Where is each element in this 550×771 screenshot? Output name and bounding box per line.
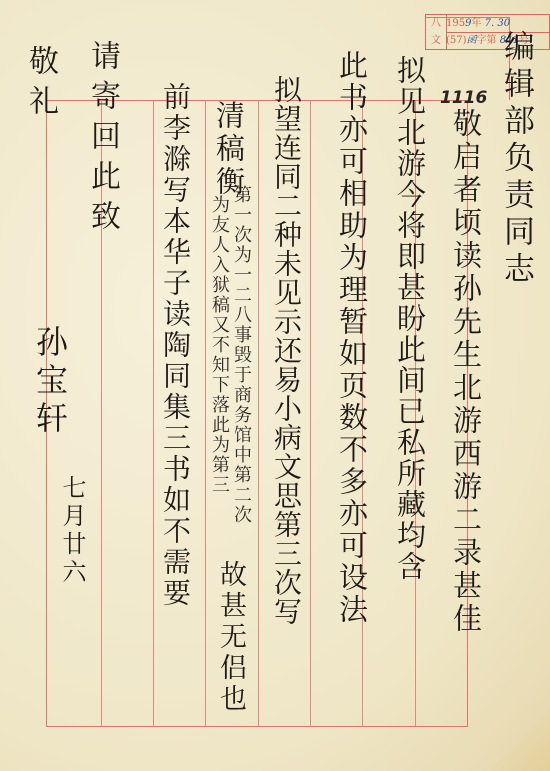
column-line bbox=[258, 100, 259, 727]
text-column: 敬启者顷读孙先生北游西游二录甚佳 bbox=[444, 108, 488, 636]
stamp-year-prefix: 195 bbox=[446, 18, 465, 29]
closing-column: 请寄回此致 bbox=[80, 40, 124, 240]
annotation-column: 为友人入狱稿又不知下落此为第三 bbox=[206, 195, 230, 495]
stamp-date: 7. 30 bbox=[485, 18, 510, 29]
letter-page: 八 文 1959年 7. 30 (57)函字第 841号 1116 编辑部负责同… bbox=[0, 0, 550, 771]
text-column: 拟望连同二种未见示还易小病文思第三次写 bbox=[264, 75, 308, 626]
text-column: 故甚无侣也 bbox=[208, 560, 252, 715]
stamp-year-unit: 年 bbox=[471, 18, 481, 29]
column-line bbox=[310, 100, 311, 727]
stamp-prefix: 函 bbox=[467, 35, 477, 46]
stamp-series: (57) bbox=[446, 35, 467, 46]
text-column: 前李滁写本华子读陶同集三书如不需要 bbox=[153, 82, 197, 609]
salutation-column: 编辑部负责同志 bbox=[494, 30, 538, 289]
stamp-side-label: 八 文 bbox=[426, 15, 447, 49]
signature: 孙宝轩 bbox=[28, 325, 72, 439]
text-column: 拟见北游今将即甚盼此间已私所藏均含 bbox=[388, 55, 432, 582]
text-column: 此书亦可相助为理暂如页数不多亦可设法 bbox=[330, 50, 374, 626]
salute-column: 敬礼 bbox=[18, 45, 62, 125]
letter-date: 七月廿六 bbox=[50, 475, 94, 587]
margin-number: 1116 bbox=[440, 88, 487, 108]
annotation-column: 第一次为一二八事毁于商务馆中第二次 bbox=[228, 185, 252, 525]
